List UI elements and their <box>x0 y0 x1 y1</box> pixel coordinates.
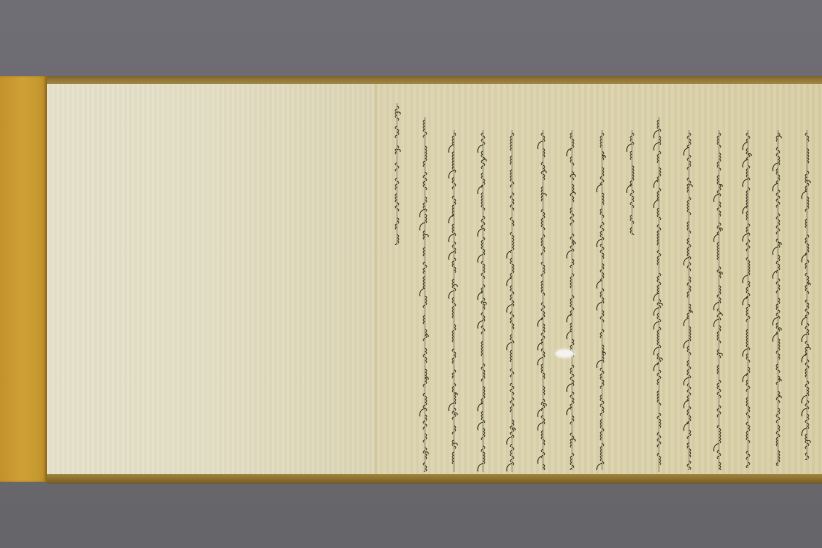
script-column <box>772 130 784 466</box>
script-strokes-icon <box>566 130 578 470</box>
script-column <box>801 130 813 460</box>
script-strokes-icon <box>772 130 784 466</box>
script-strokes-icon <box>419 117 431 472</box>
script-column <box>506 130 518 472</box>
script-strokes-icon <box>506 130 518 472</box>
paper-seam <box>374 84 378 474</box>
script-strokes-icon <box>537 130 549 470</box>
script-strokes-icon <box>653 117 665 472</box>
script-strokes-icon <box>742 130 754 468</box>
script-strokes-icon <box>683 130 695 470</box>
scroll-top-border <box>47 76 822 84</box>
script-strokes-icon <box>448 130 460 472</box>
blank-paper-section <box>47 84 377 474</box>
paper-damage-spot <box>555 349 575 358</box>
script-strokes-icon <box>626 130 638 235</box>
script-column <box>713 130 725 470</box>
script-column <box>566 130 578 470</box>
script-column <box>653 117 665 472</box>
script-column <box>477 130 489 472</box>
script-column <box>683 130 695 470</box>
script-strokes-icon <box>713 130 725 470</box>
script-column <box>419 117 431 472</box>
yellow-brocade-mount <box>0 76 47 482</box>
script-column <box>626 130 638 235</box>
script-column <box>391 103 403 245</box>
script-strokes-icon <box>596 130 608 470</box>
script-column <box>596 130 608 470</box>
scroll-bottom-border <box>47 474 822 484</box>
script-strokes-icon <box>801 130 813 460</box>
script-column <box>448 130 460 472</box>
script-column <box>742 130 754 468</box>
script-strokes-icon <box>391 103 403 245</box>
script-column <box>537 130 549 470</box>
script-strokes-icon <box>477 130 489 472</box>
